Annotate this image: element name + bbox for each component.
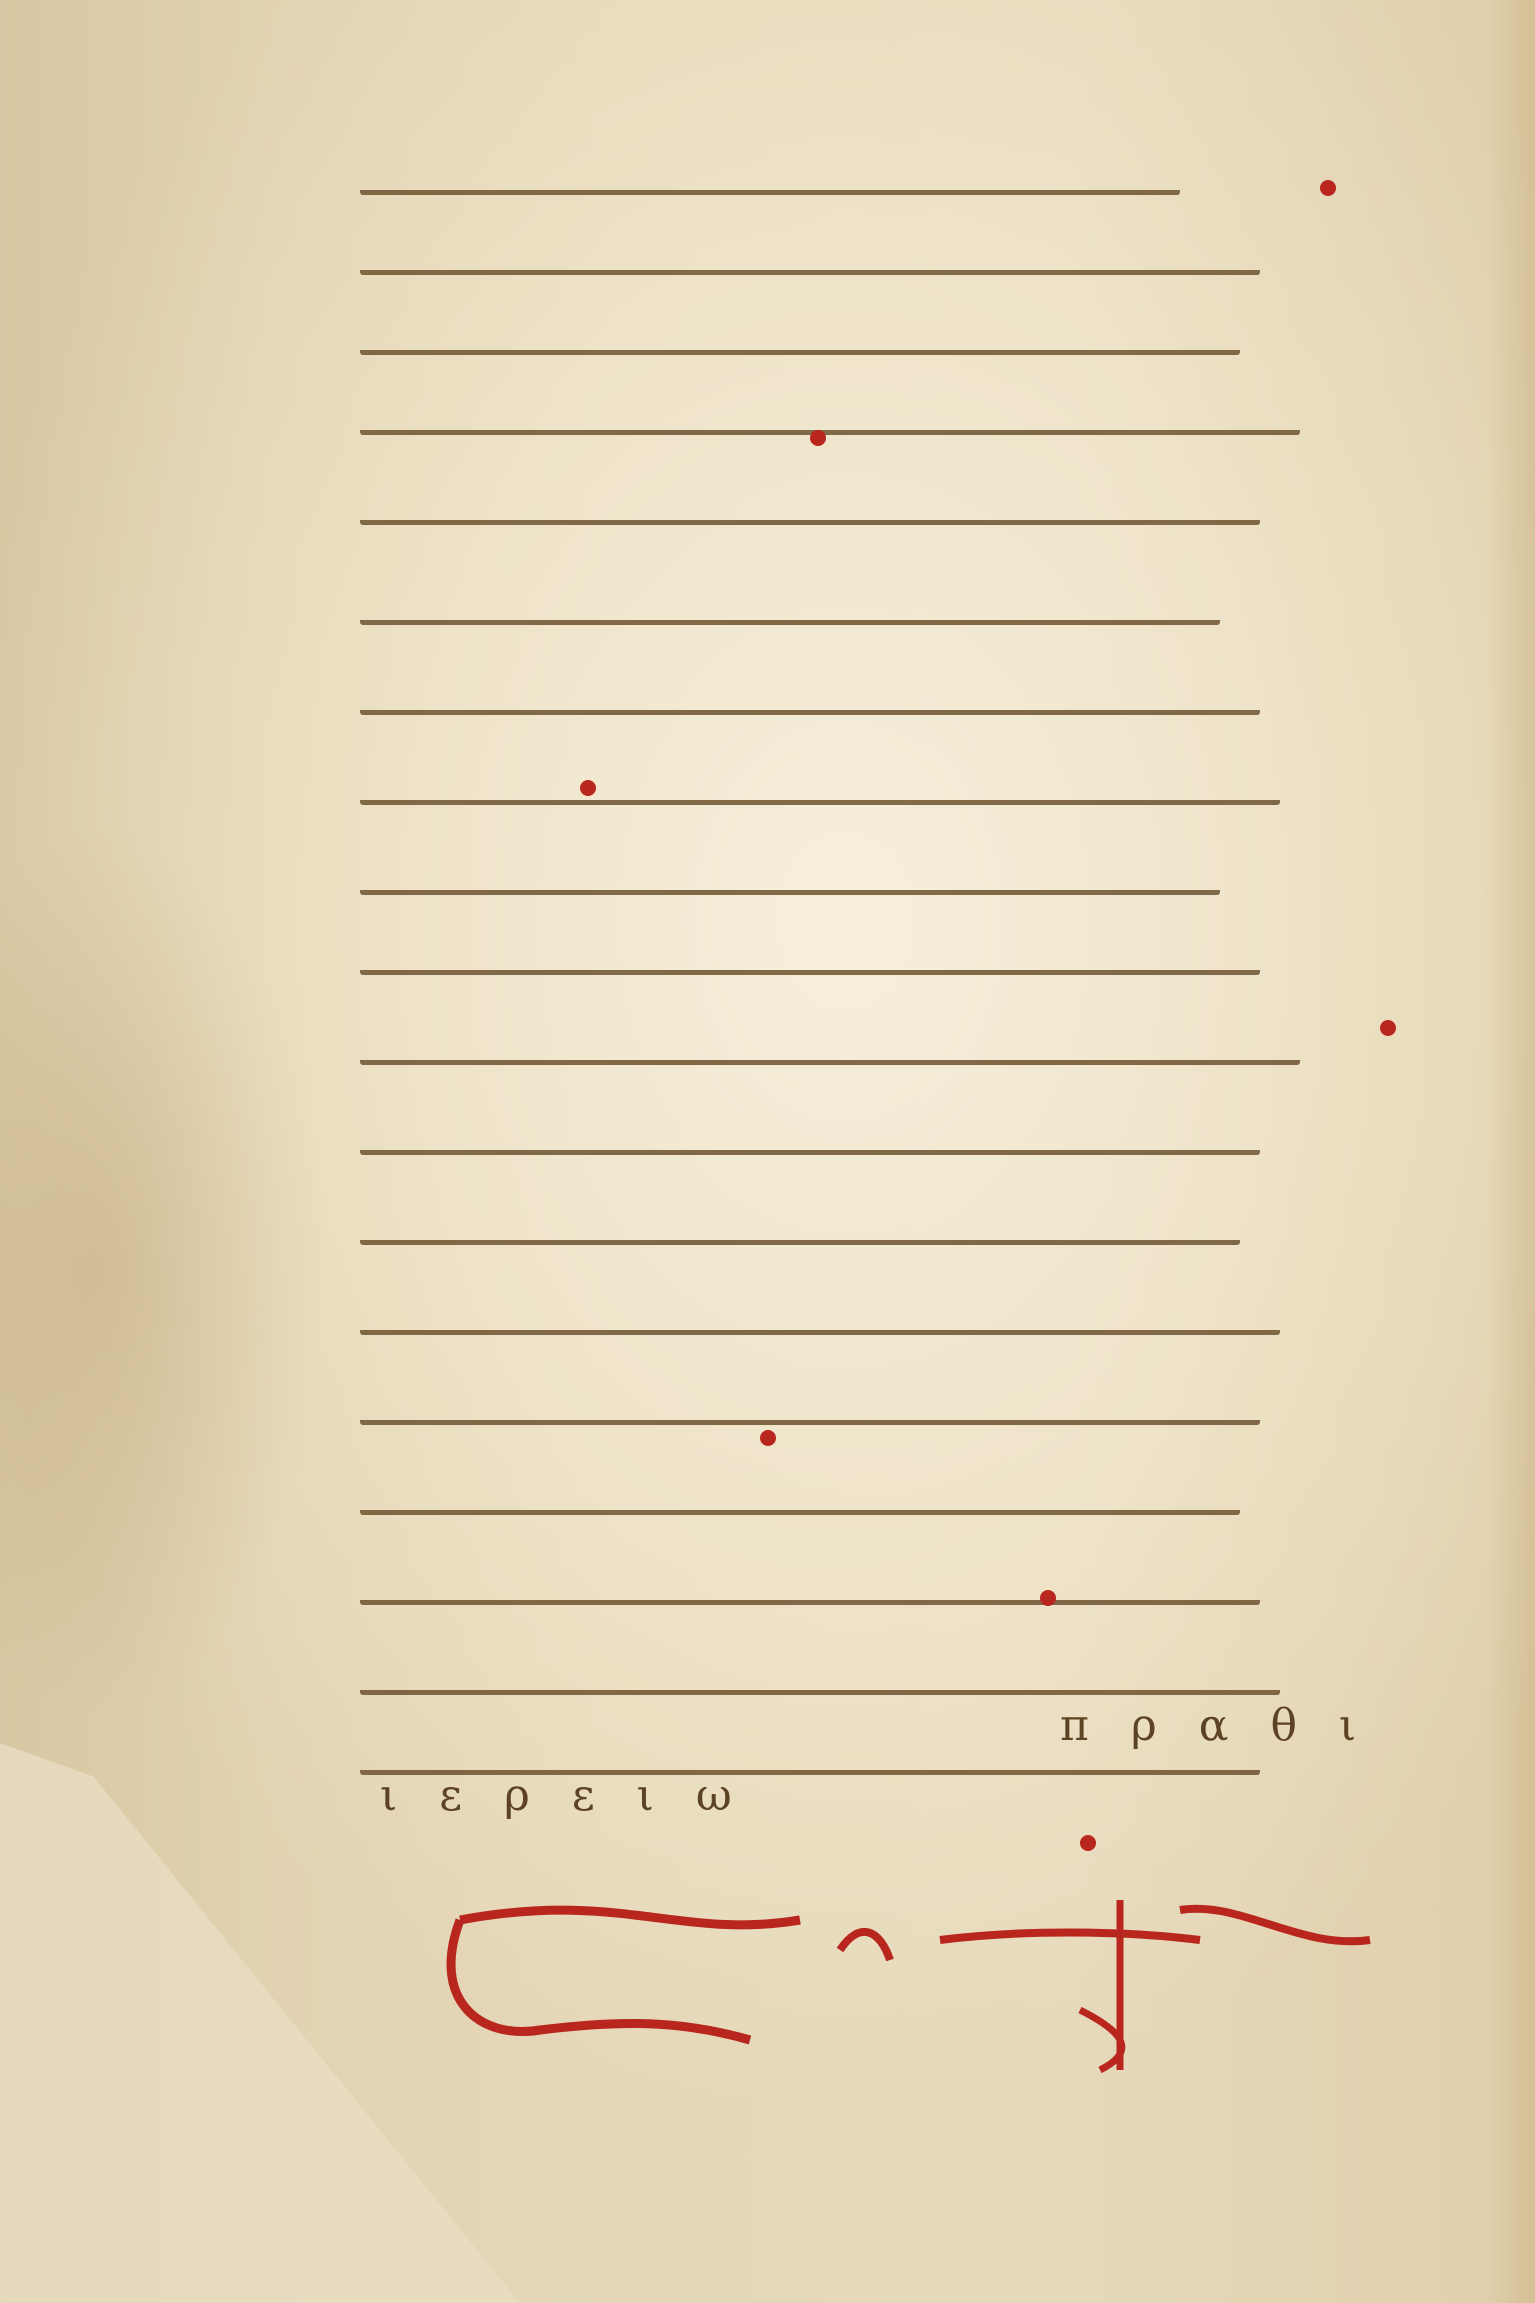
page-edge-shadow	[1485, 0, 1535, 2303]
red-dot	[580, 780, 596, 796]
red-dot	[1320, 180, 1336, 196]
neume-row	[360, 310, 1240, 355]
neume-row	[360, 1470, 1240, 1515]
text-line: π ρ α θ ι	[1060, 1700, 1370, 1751]
neume-row	[360, 1560, 1260, 1605]
red-dot	[760, 1430, 776, 1446]
text-line: ι ε ρ ε ι ω	[380, 1770, 746, 1821]
neume-row	[360, 390, 1300, 435]
neume-row	[360, 580, 1220, 625]
neume-row	[360, 930, 1260, 975]
red-rubric-flourish	[420, 1880, 1420, 2080]
red-dot	[810, 430, 826, 446]
water-stain	[0, 820, 330, 1720]
red-dot	[1040, 1590, 1056, 1606]
neume-row	[360, 1110, 1260, 1155]
neume-row	[360, 150, 1180, 195]
neume-row	[360, 1020, 1300, 1065]
neume-row	[360, 1650, 1280, 1695]
neume-row	[360, 760, 1280, 805]
neume-row	[360, 230, 1260, 275]
neume-row	[360, 1380, 1260, 1425]
neume-row	[360, 670, 1260, 715]
neume-row	[360, 1290, 1280, 1335]
red-dot	[1380, 1020, 1396, 1036]
neume-row	[360, 1200, 1240, 1245]
neume-row	[360, 850, 1220, 895]
neume-row	[360, 480, 1260, 525]
manuscript-page: π ρ α θ ι ι ε ρ ε ι ω	[0, 0, 1535, 2303]
red-dot	[1080, 1835, 1096, 1851]
